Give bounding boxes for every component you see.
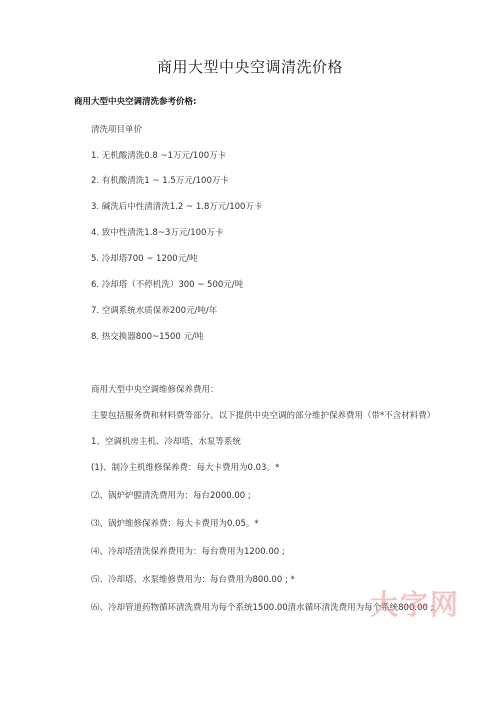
document-title: 商用大型中央空调清洗价格 [0,56,500,77]
section2-group-title: 1、空调机房主机、冷却塔、水泵等系统 [91,435,241,447]
maintenance-item: ⑷、冷却塔清洗保养费用为：每台费用为1200.00 ; [91,545,285,557]
price-item: 1. 无机酸清洗0.8 ~1万元/100万卡 [91,149,226,161]
maintenance-item: ⑹、冷却管道药物循环清洗费用为每个系统1500.00清水循环清洗费用为每个系统8… [91,601,433,613]
maintenance-item: (1)、制冷主机维修保养费：每大卡费用为0.03。* [91,461,279,473]
price-item: 5. 冷却塔700 ~ 1200元/吨 [91,252,198,264]
price-item: 7. 空调系统水质保养200元/吨/年 [91,304,217,316]
section1-subheading: 清洗项目单价 [91,123,142,135]
price-item: 6. 冷却塔（不停机洗）300 ~ 500元/吨 [91,278,243,290]
document-page: 商用大型中央空调清洗价格 商用大型中央空调清洗参考价格: 清洗项目单价 1. 无… [0,0,500,707]
section2-intro: 主要包括服务费和材料费等部分。以下提供中央空调的部分维护保养费用（带*不含材料费… [91,409,435,421]
maintenance-item: ⑸、冷却塔、水泵维修费用为：每台费用为800.00 ; * [91,573,295,585]
price-item: 4. 致中性清洗1.8~3万元/100万卡 [91,226,223,238]
maintenance-item: ⑵、锅炉炉膛清洗费用为：每台2000.00 ; [91,489,251,501]
section2-heading: 商用大型中央空调维修保养费用： [91,383,219,395]
price-item: 3. 碱洗后中性清清洗1.2 ~ 1.8万元/100万卡 [91,200,262,212]
maintenance-item: ⑶、锅炉维修保养费：每大卡费用为0.05。* [91,517,259,529]
price-item: 8. 热交换器800~1500 元/吨 [91,330,203,342]
price-item: 2. 有机酸清洗1 ~ 1.5万元/100万卡 [91,174,229,186]
section1-heading: 商用大型中央空调清洗参考价格: [74,95,196,107]
